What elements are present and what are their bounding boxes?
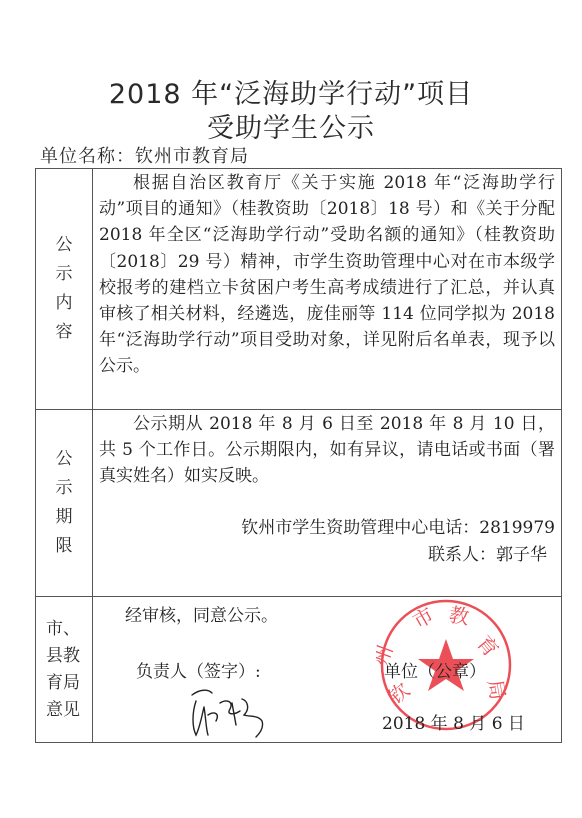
signer-label: 负责人（签字）: [136,657,261,682]
table-row-content: 公示内容 根据自治区教育厅《关于实施 2018 年“泛海助学行动”项目的通知》（… [36,169,561,410]
svg-text:市: 市 [409,603,438,634]
document-title-line1: 2018 年“泛海助学行动”项目 [0,78,582,112]
table-row-opinion: 市、县教育局意见 经审核，同意公示。 负责人（签字）: 市 教 育 局 州 钦 … [36,597,561,743]
unit-name: 单位名称：钦州市教育局 [40,142,249,168]
notice-content-text: 根据自治区教育厅《关于实施 2018 年“泛海助学行动”项目的通知》（桂教资助〔… [99,169,555,380]
seal-label: 单位（公章） [384,657,486,682]
column-divider [92,169,93,409]
svg-text:教: 教 [447,602,471,629]
svg-text:局: 局 [483,678,510,702]
approval-date: 2018 年 8 月 6 日 [382,709,525,734]
contact-phone: 钦州市学生资助管理中心电话：2819979 [241,513,555,538]
row-label-cell: 市、县教育局意见 [36,597,92,743]
svg-text:钦: 钦 [384,678,415,709]
notice-period-text: 公示期从 2018 年 8 月 6 日至 2018 年 8 月 10 日，共 5… [99,410,555,490]
column-divider [92,410,93,596]
table-row-period: 公示期限 公示期从 2018 年 8 月 6 日至 2018 年 8 月 10 … [36,410,561,597]
row-label-cell: 公示内容 [36,169,92,409]
row-label: 市、县教育局意见 [44,616,84,724]
row-label: 公示内容 [54,231,74,347]
contact-person: 联系人：郭子华 [428,540,547,565]
notice-table: 公示内容 根据自治区教育厅《关于实施 2018 年“泛海助学行动”项目的通知》（… [35,168,562,743]
handwritten-signature-icon [186,685,281,740]
document-title-line2: 受助学生公示 [0,112,582,146]
column-divider [92,597,93,743]
row-label-cell: 公示期限 [36,410,92,596]
approval-text: 经审核，同意公示。 [99,601,278,626]
row-label: 公示期限 [54,445,74,561]
